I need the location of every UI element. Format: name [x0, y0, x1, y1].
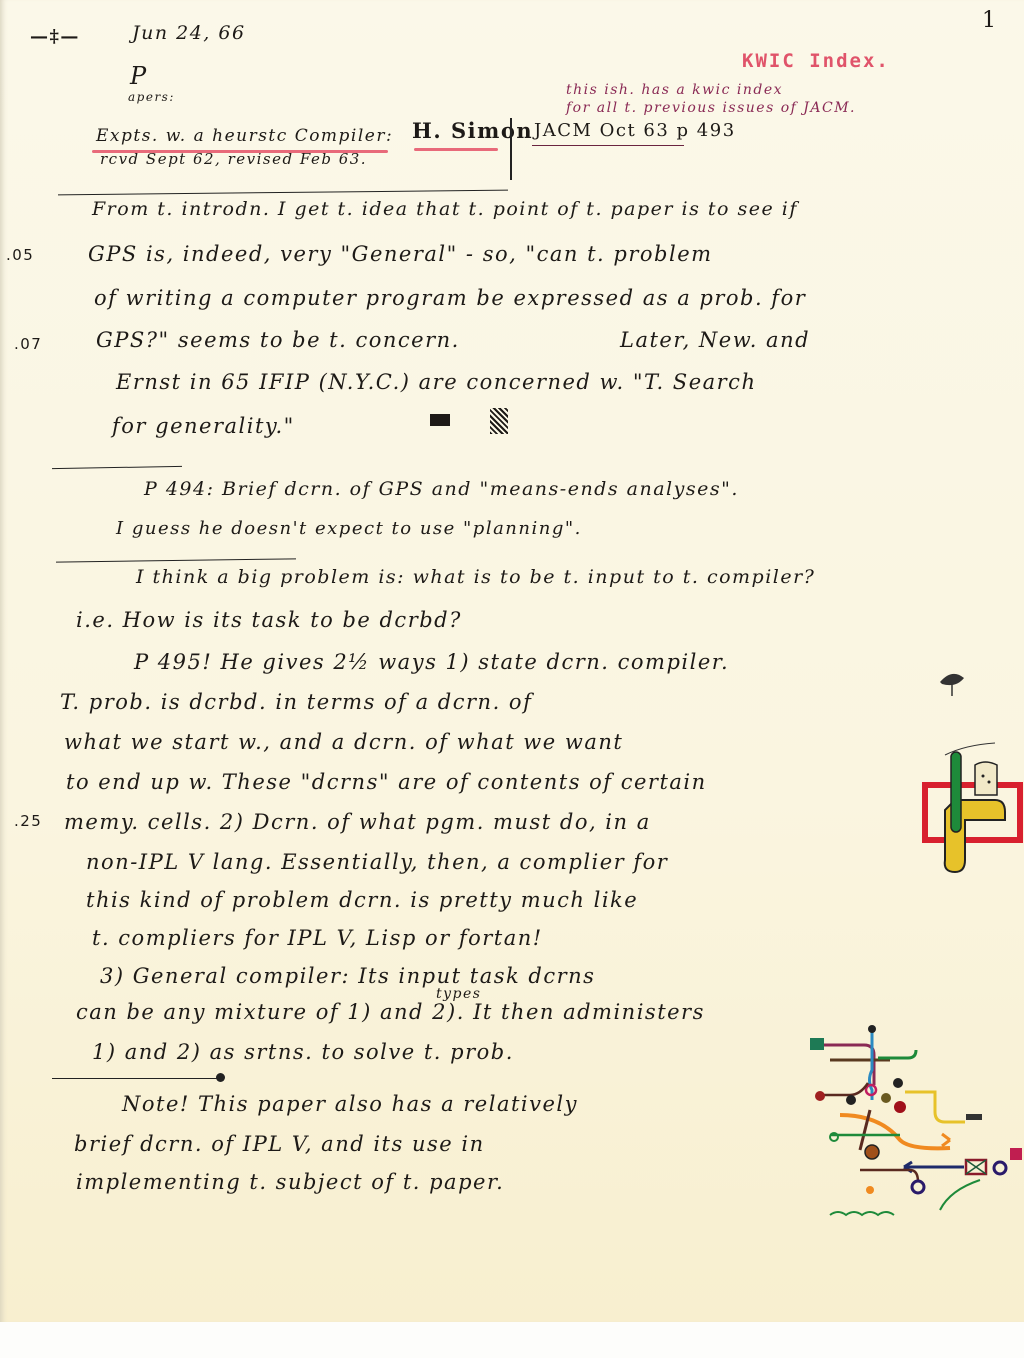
p4-line9: 3) General compiler: Its input task dcrn…	[100, 964, 595, 988]
ink-block-doodle	[430, 414, 450, 426]
page-number: 1	[982, 8, 998, 33]
separator-rule-4	[52, 1078, 222, 1079]
p3-line2: i.e. How is its task to be dcrbd?	[76, 608, 462, 632]
p4-line10: can be any mixture of 1) and 2). It then…	[76, 1000, 705, 1024]
citation-received: rcvd Sept 62, revised Feb 63.	[100, 150, 367, 168]
notebook-page: —‡— Jun 24, 66 1 P apers: KWIC Index. th…	[0, 0, 1024, 1322]
p1-line4: GPS?" seems to be t. concern.	[96, 328, 460, 352]
hatched-doodle	[490, 408, 508, 434]
papers-label: apers:	[128, 90, 175, 104]
citation-title: Expts. w. a heurstc Compiler:	[96, 126, 393, 146]
p2-line2: I guess he doesn't expect to use "planni…	[116, 518, 582, 539]
p1-line5: Later, New. and	[620, 328, 810, 352]
p1-line1: From t. introdn. I get t. idea that t. p…	[92, 198, 798, 220]
p5-line2: brief dcrn. of IPL V, and its use in	[74, 1132, 485, 1156]
p1-line7: for generality."	[112, 414, 295, 438]
p5-line1: Note! This paper also has a relatively	[122, 1092, 578, 1116]
p4-line8: t. compliers for IPL V, Lisp or fortan!	[92, 926, 543, 950]
ink-blot-doodle	[932, 662, 972, 702]
p1-line2: GPS is, indeed, very "General" - so, "ca…	[88, 242, 713, 266]
p5-line3: implementing t. subject of t. paper.	[76, 1170, 504, 1194]
heading-letter: P	[130, 62, 148, 90]
colorful-circuit-doodle	[800, 1020, 1024, 1220]
colored-box-doodle	[915, 740, 1024, 890]
p4-line6: non-IPL V lang. Essentially, then, a com…	[86, 850, 668, 874]
p4-line1: P 495! He gives 2½ ways 1) state dcrn. c…	[134, 650, 729, 674]
kwic-note-line1: this ish. has a kwic index	[566, 82, 783, 98]
p4-line2: T. prob. is dcrbd. in terms of a dcrn. o…	[60, 690, 532, 714]
p4-line7: this kind of problem dcrn. is pretty muc…	[86, 888, 638, 912]
separator-rule-2	[52, 466, 182, 469]
date: Jun 24, 66	[132, 22, 246, 44]
p4-line4: to end up w. These "dcrns" are of conten…	[66, 770, 707, 794]
p1-line3: of writing a computer program be express…	[94, 286, 806, 310]
p3-line1: I think a big problem is: what is to be …	[136, 566, 815, 588]
p4-line5: memy. cells. 2) Dcrn. of what pgm. must …	[64, 810, 651, 834]
crossed-mark: —‡—	[30, 26, 80, 47]
separator-rule-1	[58, 190, 508, 196]
red-underline-author	[414, 148, 498, 151]
separator-rule-3	[56, 558, 296, 562]
vertical-divider	[510, 118, 512, 180]
kwic-note-line2: for all t. previous issues of JACM.	[566, 100, 856, 116]
p4-line11: 1) and 2) as srtns. to solve t. prob.	[92, 1040, 514, 1064]
rule-end-dot	[216, 1073, 225, 1082]
margin-note-05: .05	[6, 246, 34, 264]
citation-journal: JACM Oct 63 p 493	[534, 120, 736, 141]
kwic-index-title: KWIC Index.	[742, 50, 890, 72]
citation-author: H. Simon	[412, 118, 533, 143]
journal-underline	[532, 145, 684, 146]
p4-line3: what we start w., and a dcrn. of what we…	[64, 730, 623, 754]
margin-note-25: .25	[14, 812, 42, 830]
p1-line6: Ernst in 65 IFIP (N.Y.C.) are concerned …	[116, 370, 756, 394]
margin-note-07: .07	[14, 335, 42, 353]
p2-line1: P 494: Brief dcrn. of GPS and "means-end…	[144, 478, 739, 500]
